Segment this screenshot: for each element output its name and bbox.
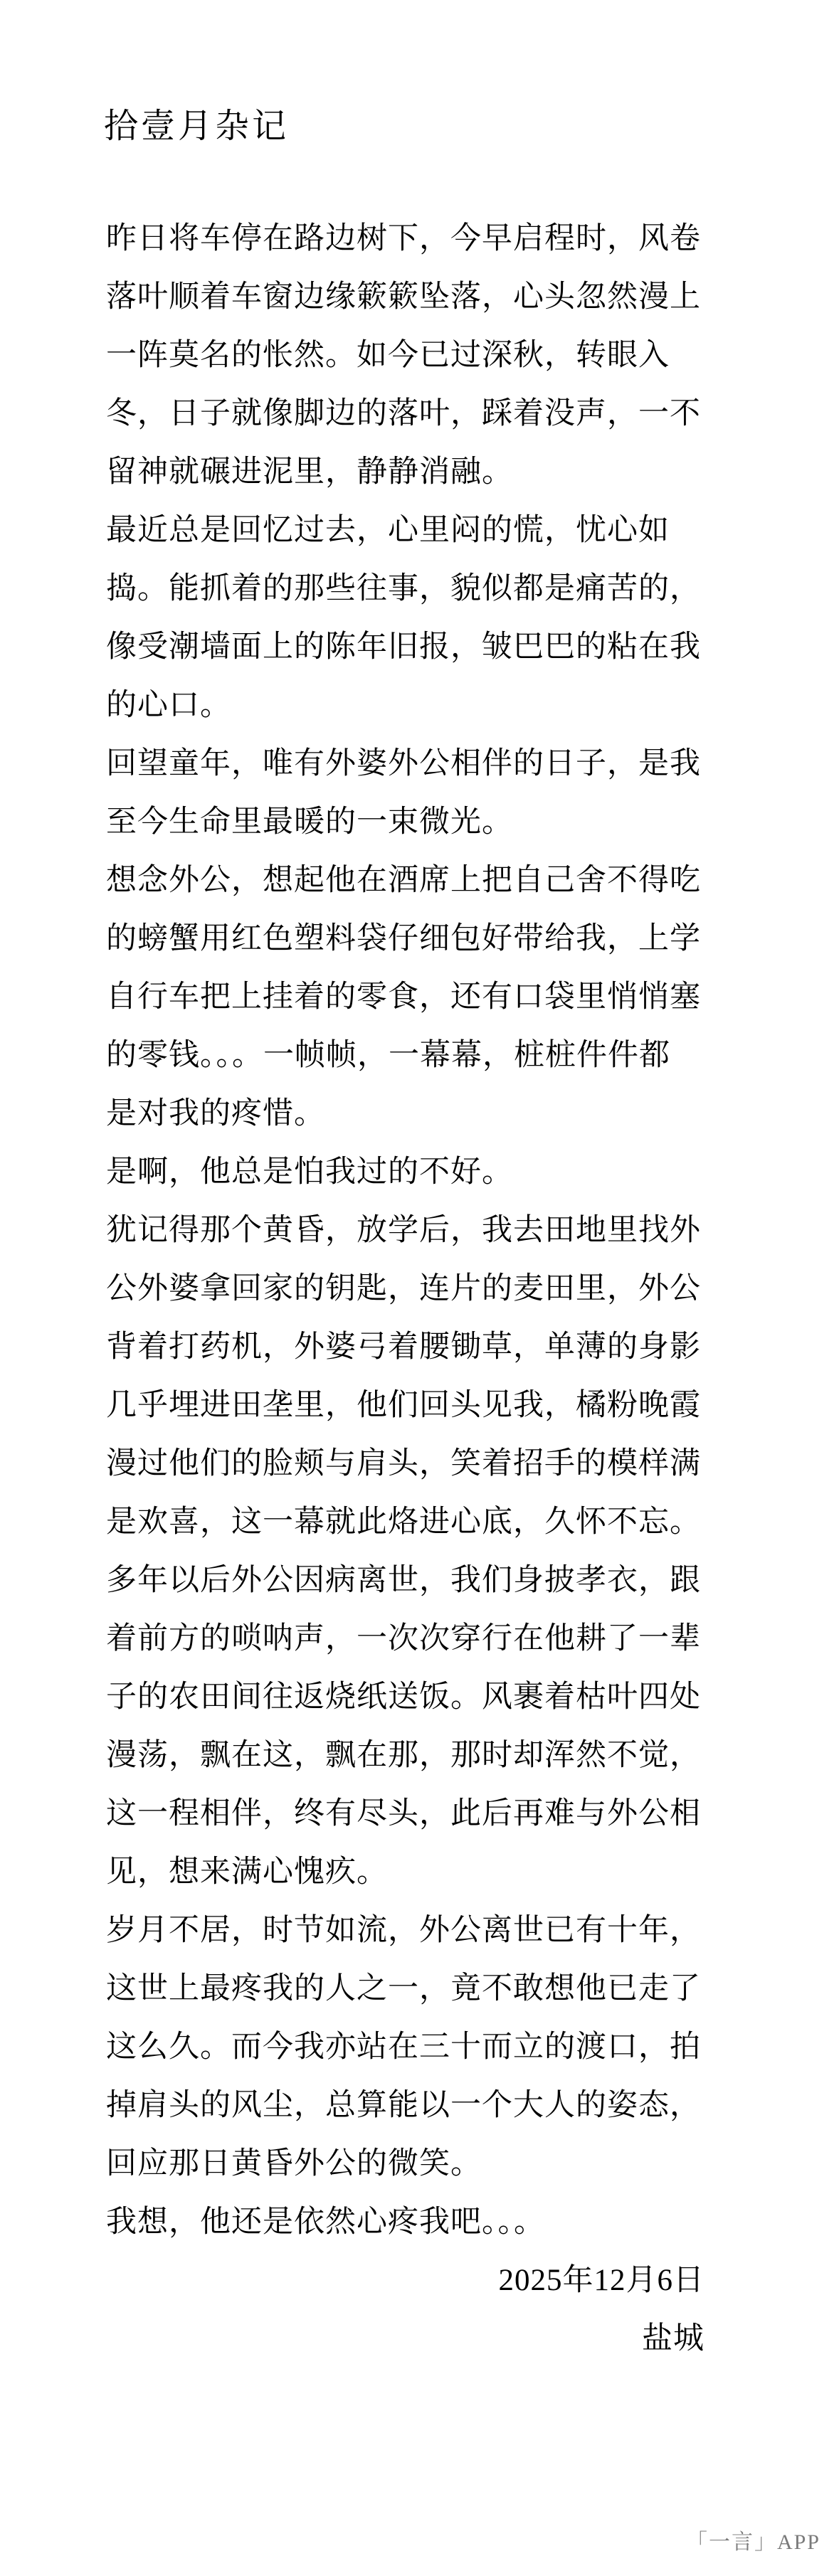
text-line: 这一程相伴，终有尽头，此后再难与外公相: [106, 1785, 733, 1843]
text-line: 是对我的疼惜。: [106, 1085, 733, 1143]
text-line: 着前方的唢呐声，一次次穿行在他耕了一辈: [106, 1610, 733, 1668]
paragraph-3: 回望童年，唯有外婆外公相伴的日子，是我 至今生命里最暖的一束微光。: [106, 735, 733, 852]
text-line: 是欢喜，这一幕就此烙进心底，久怀不忘。: [106, 1493, 733, 1552]
text-line: 冬，日子就像脚边的落叶，踩着没声，一不: [106, 385, 733, 443]
text-line: 漫荡，飘在这，飘在那，那时却浑然不觉，: [106, 1727, 733, 1785]
paragraph-9: 我想，他还是依然心疼我吧。。。: [106, 2193, 733, 2252]
text-line: 是啊，他总是怕我过的不好。: [106, 1143, 733, 1202]
text-line: 自行车把上挂着的零食，还有口袋里悄悄塞: [106, 968, 733, 1027]
text-line: 落叶顺着车窗边缘簌簌坠落，心头忽然漫上: [106, 268, 733, 327]
text-line: 回应那日黄昏外公的微笑。: [106, 2135, 733, 2193]
essay-body: 昨日将车停在路边树下，今早启程时，风卷 落叶顺着车窗边缘簌簌坠落，心头忽然漫上 …: [106, 210, 733, 2368]
essay-title: 拾壹月杂记: [104, 98, 289, 147]
text-line: 的心口。: [106, 677, 733, 735]
text-line: 想念外公，想起他在酒席上把自己舍不得吃: [106, 852, 733, 910]
paragraph-4: 想念外公，想起他在酒席上把自己舍不得吃 的螃蟹用红色塑料袋仔细包好带给我，上学 …: [106, 852, 733, 1143]
text-line: 公外婆拿回家的钥匙，连片的麦田里，外公: [106, 1260, 733, 1318]
text-line: 漫过他们的脸颊与肩头，笑着招手的模样满: [106, 1435, 733, 1493]
text-line: 留神就碾进泥里，静静消融。: [106, 443, 733, 502]
text-line: 昨日将车停在路边树下，今早启程时，风卷: [106, 210, 733, 268]
text-line: 的螃蟹用红色塑料袋仔细包好带给我，上学: [106, 910, 733, 968]
text-line: 子的农田间往返烧纸送饭。风裹着枯叶四处: [106, 1668, 733, 1727]
paragraph-1: 昨日将车停在路边树下，今早启程时，风卷 落叶顺着车窗边缘簌簌坠落，心头忽然漫上 …: [106, 210, 733, 502]
paragraph-7: 多年以后外公因病离世，我们身披孝衣，跟 着前方的唢呐声，一次次穿行在他耕了一辈 …: [106, 1552, 733, 1902]
text-line: 几乎埋进田垄里，他们回头见我，橘粉晚霞: [106, 1377, 733, 1435]
text-line: 背着打药机，外婆弓着腰锄草，单薄的身影: [106, 1318, 733, 1377]
text-line: 像受潮墙面上的陈年旧报，皱巴巴的粘在我: [106, 618, 733, 677]
text-line: 最近总是回忆过去，心里闷的慌，忧心如: [106, 502, 733, 560]
paragraph-5: 是啊，他总是怕我过的不好。: [106, 1143, 733, 1202]
text-line: 一阵莫名的怅然。如今已过深秋，转眼入: [106, 327, 733, 385]
paragraph-8: 岁月不居，时节如流，外公离世已有十年， 这世上最疼我的人之一，竟不敢想他已走了 …: [106, 1902, 733, 2193]
app-badge: 「一言」APP: [686, 2524, 820, 2555]
text-line: 这世上最疼我的人之一，竟不敢想他已走了: [106, 1960, 733, 2018]
text-line: 岁月不居，时节如流，外公离世已有十年，: [106, 1902, 733, 1960]
text-line: 这么久。而今我亦站在三十而立的渡口，拍: [106, 2018, 733, 2077]
text-line: 掉肩头的风尘，总算能以一个大人的姿态，: [106, 2077, 733, 2135]
text-line: 回望童年，唯有外婆外公相伴的日子，是我: [106, 735, 733, 793]
page: 拾壹月杂记 昨日将车停在路边树下，今早启程时，风卷 落叶顺着车窗边缘簌簌坠落，心…: [0, 0, 839, 2576]
paragraph-2: 最近总是回忆过去，心里闷的慌，忧心如 捣。能抓着的那些往事，貌似都是痛苦的， 像…: [106, 502, 733, 735]
text-line: 捣。能抓着的那些往事，貌似都是痛苦的，: [106, 560, 733, 618]
text-line: 至今生命里最暖的一束微光。: [106, 793, 733, 852]
text-line: 犹记得那个黄昏，放学后，我去田地里找外: [106, 1202, 733, 1260]
signature-block: 2025年12月6日 盐城: [106, 2252, 733, 2368]
signature-date: 2025年12月6日: [106, 2252, 733, 2310]
signature-place: 盐城: [106, 2310, 733, 2368]
text-line: 见，想来满心愧疚。: [106, 1843, 733, 1902]
paragraph-6: 犹记得那个黄昏，放学后，我去田地里找外 公外婆拿回家的钥匙，连片的麦田里，外公 …: [106, 1202, 733, 1552]
text-line: 多年以后外公因病离世，我们身披孝衣，跟: [106, 1552, 733, 1610]
text-line: 我想，他还是依然心疼我吧。。。: [106, 2193, 733, 2252]
text-line: 的零钱。。。一帧帧，一幕幕，桩桩件件都: [106, 1027, 733, 1085]
